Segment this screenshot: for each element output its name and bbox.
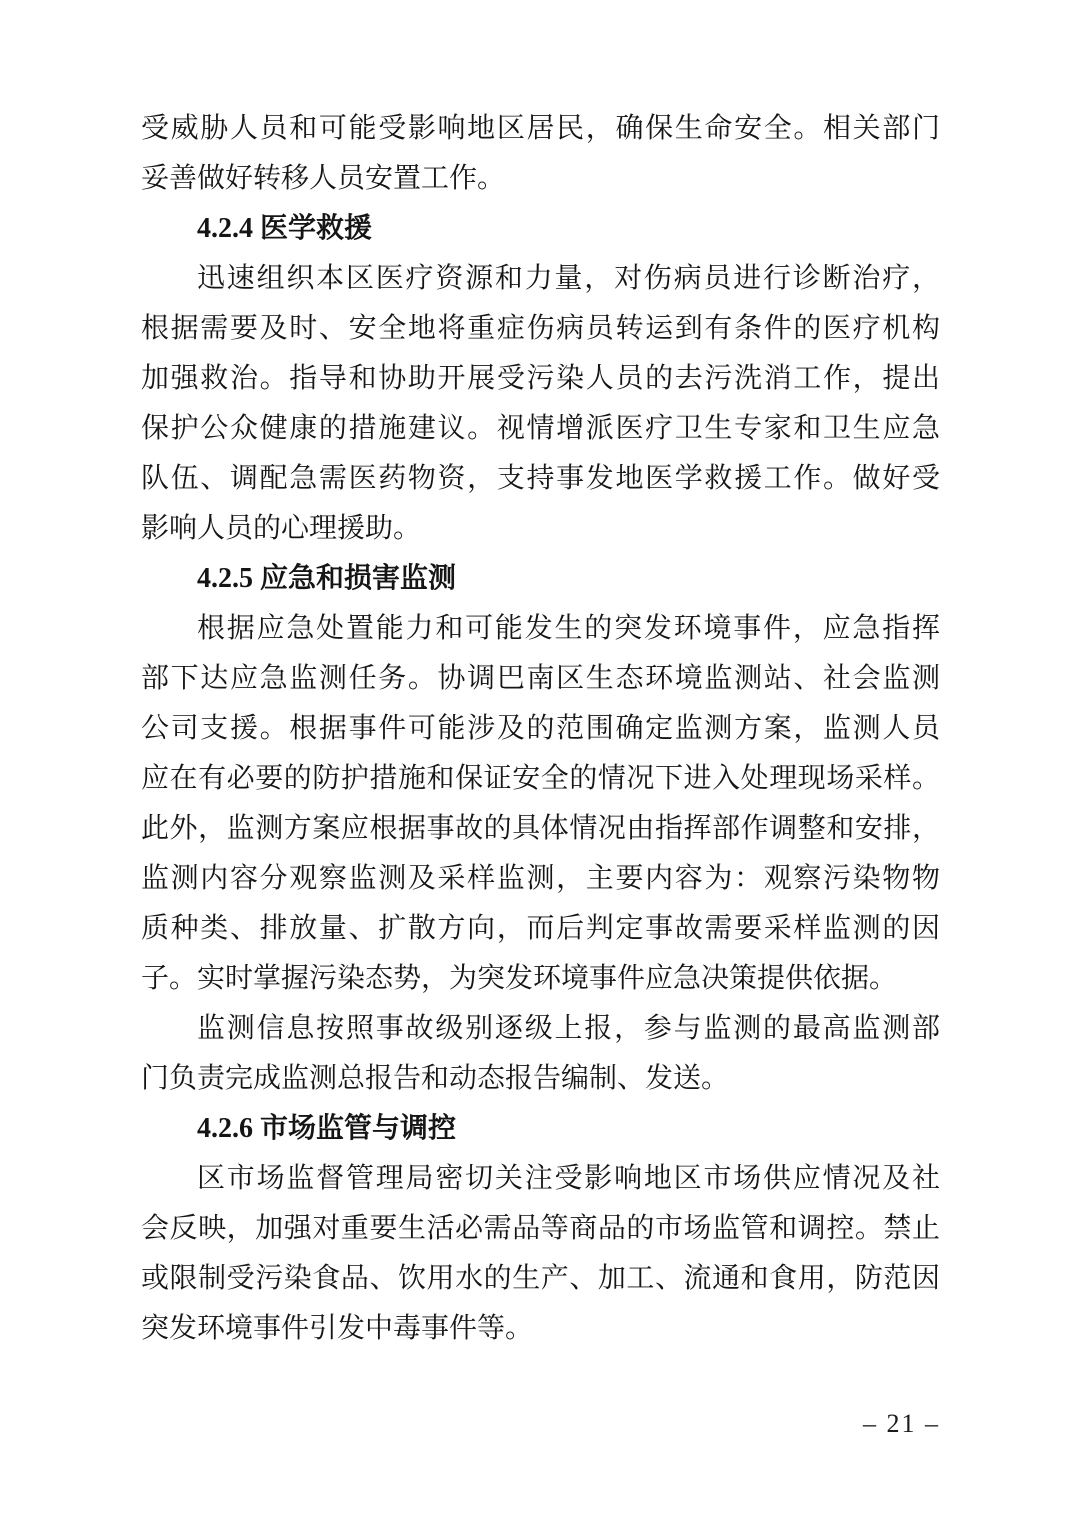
body-line: 部下达应急监测任务。协调巴南区生态环境监测站、社会监测	[141, 654, 940, 704]
body-line: 监测内容分观察监测及采样监测，主要内容为：观察污染物物	[141, 854, 940, 904]
body-line: 区市场监督管理局密切关注受影响地区市场供应情况及社	[141, 1154, 940, 1204]
page-footer: – 21 –	[863, 1404, 940, 1444]
section-heading-4-2-4: 4.2.4 医学救援	[141, 204, 940, 254]
section-heading-4-2-5: 4.2.5 应急和损害监测	[141, 554, 940, 604]
body-line: 质种类、排放量、扩散方向，而后判定事故需要采样监测的因	[141, 904, 940, 954]
body-line: 迅速组织本区医疗资源和力量，对伤病员进行诊断治疗，	[141, 254, 940, 304]
body-line: 会反映，加强对重要生活必需品等商品的市场监管和调控。禁止	[141, 1204, 940, 1254]
body-line: 加强救治。指导和协助开展受污染人员的去污洗消工作，提出	[141, 354, 940, 404]
document-page: 受威胁人员和可能受影响地区居民，确保生命安全。相关部门 妥善做好转移人员安置工作…	[0, 0, 1074, 1520]
body-line: 子。实时掌握污染态势，为突发环境事件应急决策提供依据。	[141, 954, 940, 1004]
body-line: 根据需要及时、安全地将重症伤病员转运到有条件的医疗机构	[141, 304, 940, 354]
body-line: 妥善做好转移人员安置工作。	[141, 154, 940, 204]
body-line: 影响人员的心理援助。	[141, 504, 940, 554]
document-body: 受威胁人员和可能受影响地区居民，确保生命安全。相关部门 妥善做好转移人员安置工作…	[141, 104, 940, 1354]
body-line: 应在有必要的防护措施和保证安全的情况下进入处理现场采样。	[141, 754, 940, 804]
body-line: 或限制受污染食品、饮用水的生产、加工、流通和食用，防范因	[141, 1254, 940, 1304]
page-number: – 21 –	[863, 1409, 940, 1438]
body-line: 此外，监测方案应根据事故的具体情况由指挥部作调整和安排，	[141, 804, 940, 854]
section-heading-4-2-6: 4.2.6 市场监管与调控	[141, 1104, 940, 1154]
body-line: 突发环境事件引发中毒事件等。	[141, 1304, 940, 1354]
body-line: 受威胁人员和可能受影响地区居民，确保生命安全。相关部门	[141, 104, 940, 154]
body-line: 队伍、调配急需医药物资，支持事发地医学救援工作。做好受	[141, 454, 940, 504]
body-line: 根据应急处置能力和可能发生的突发环境事件，应急指挥	[141, 604, 940, 654]
body-line: 门负责完成监测总报告和动态报告编制、发送。	[141, 1054, 940, 1104]
body-line: 公司支援。根据事件可能涉及的范围确定监测方案，监测人员	[141, 704, 940, 754]
body-line: 保护公众健康的措施建议。视情增派医疗卫生专家和卫生应急	[141, 404, 940, 454]
body-line: 监测信息按照事故级别逐级上报，参与监测的最高监测部	[141, 1004, 940, 1054]
